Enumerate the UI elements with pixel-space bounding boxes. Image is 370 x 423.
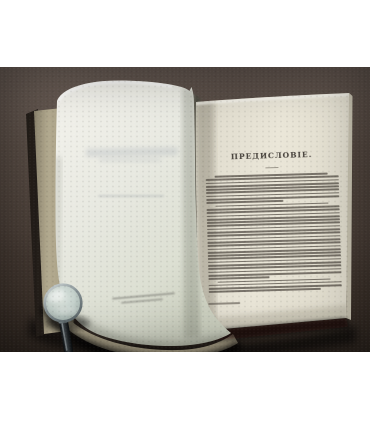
heading-divider [265,167,278,168]
screenshot-canvas: { "photo": { "alt_text": "Antique open b… [0,0,370,423]
paragraph [206,202,341,280]
book-photograph: ПРЕДИСЛОВІЕ. [0,67,370,352]
paragraph [209,278,342,293]
right-page-content: ПРЕДИСЛОВІЕ. [205,149,342,313]
paragraph [206,172,340,204]
footnote-line [208,302,240,304]
lens-reflection [58,307,78,315]
body-text-block [206,172,342,294]
